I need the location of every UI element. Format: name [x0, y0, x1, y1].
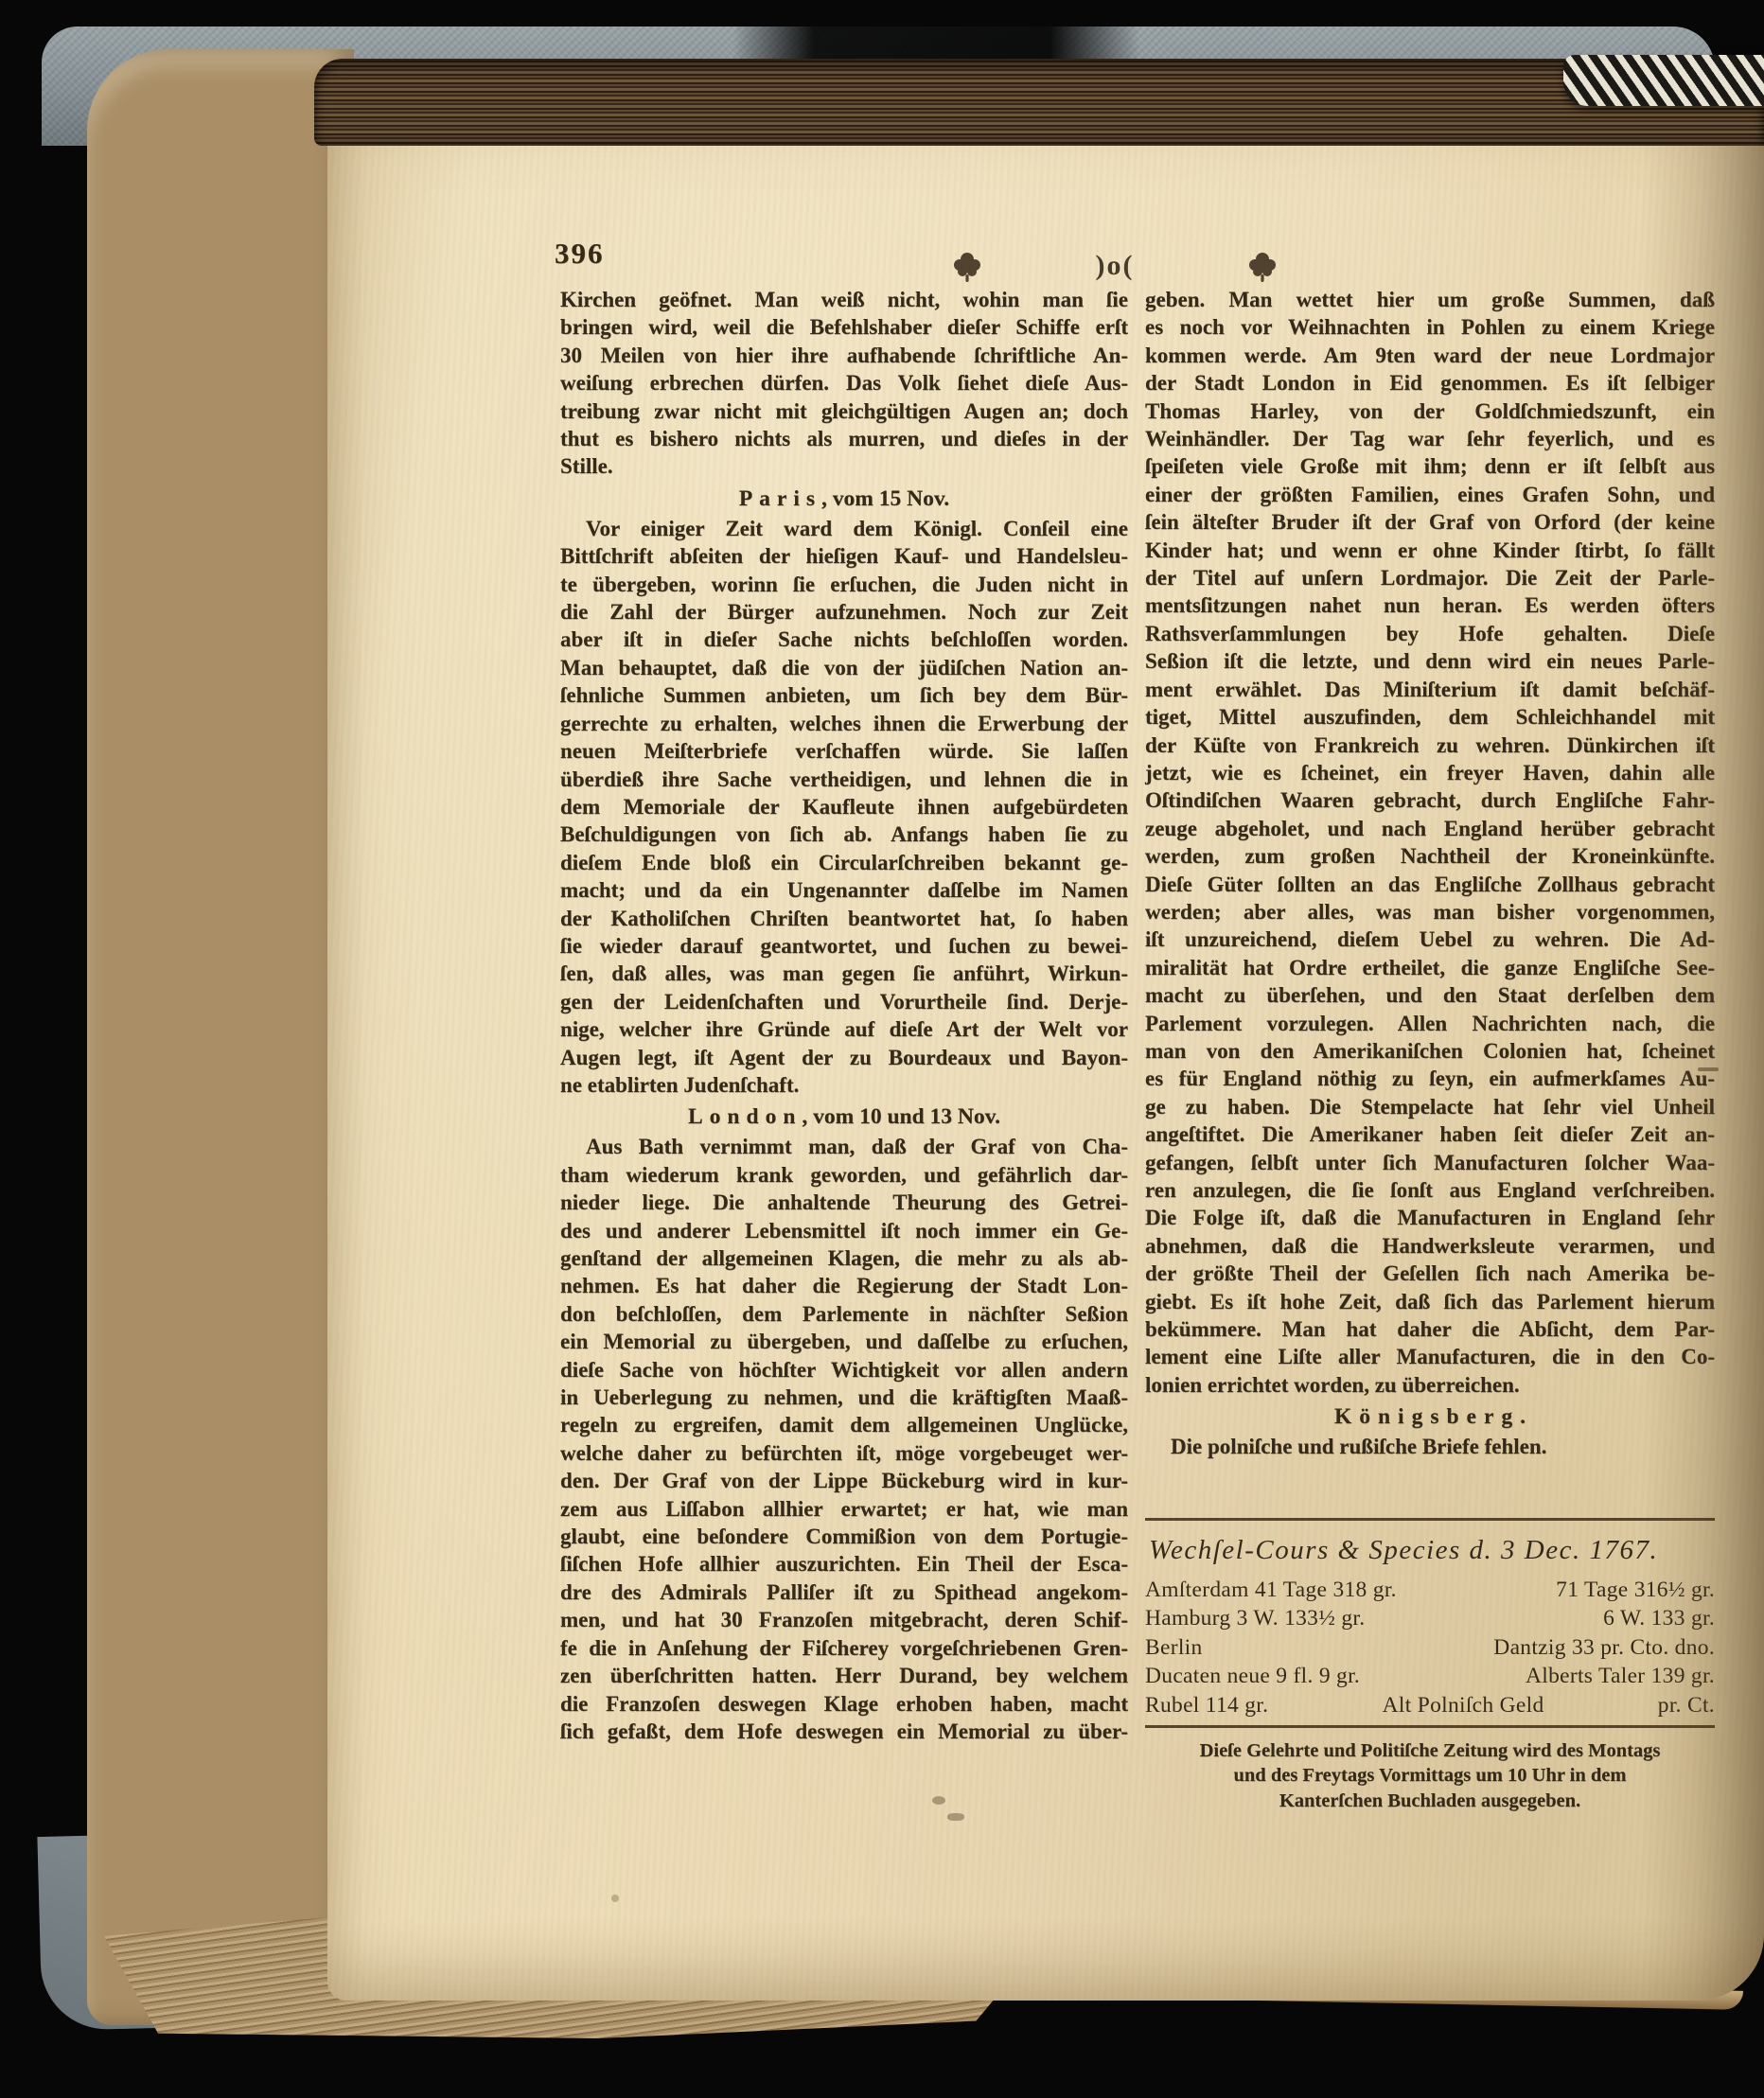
foxing-speck [611, 1895, 619, 1902]
text-line: die Franzoſen deswegen Klage erhoben hab… [560, 1690, 1128, 1718]
text-line: ſein älteſter Bruder iſt der Graf von Or… [1145, 508, 1715, 536]
text-line: Vor einiger Zeit ward dem Königl. Conſei… [560, 515, 1128, 542]
text-line: zen überſchritten hatten. Herr Durand, b… [560, 1662, 1128, 1689]
text-line: einer der größten Familien, eines Grafen… [1145, 481, 1715, 508]
text-line: ſen, daß alles, was man gegen ſie anführ… [560, 960, 1128, 987]
colophon-line: Dieſe Gelehrte und Politiſche Zeitung wi… [1155, 1738, 1704, 1764]
text-line: der Küſte von Frankreich zu wehren. Dünk… [1145, 732, 1715, 759]
colophon: Dieſe Gelehrte und Politiſche Zeitung wi… [1155, 1738, 1704, 1814]
text-line: Oſtindiſchen Waaren gebracht, durch Engl… [1145, 786, 1715, 814]
text-line: überdieß ihre Sache vertheidigen, und le… [560, 766, 1128, 793]
text-line: der Titel auf unſern Lordmajor. Die Zeit… [1145, 564, 1715, 591]
text-line: Dieſe Güter ſollten an das Engliſche Zol… [1145, 871, 1715, 898]
text-line: fe die in Anſehung der Fiſcherey vorgeſc… [560, 1634, 1128, 1662]
exchange-right-value: pr. Ct. [1658, 1691, 1715, 1720]
text-line: neuen Meiſterbriefe verſchaffen würde. S… [560, 737, 1128, 765]
text-line: Man behauptet, daß die von der jüdiſchen… [560, 654, 1128, 681]
text-line: dre des Admirals Palliſer iſt zu Spithea… [560, 1578, 1128, 1606]
text-line: werden, zum großen Nachtheil der Kronein… [1145, 842, 1715, 870]
text-line: jetzt, wie es ſcheinet, ein freyer Haven… [1145, 759, 1715, 786]
text-line: der Katholiſchen Chriſten beantwortet ha… [560, 905, 1128, 932]
text-line: Aus Bath vernimmt man, daß der Graf von … [560, 1133, 1128, 1160]
exchange-table-title: Wechſel-Cours & Species d. 3 Dec. 1767. [1145, 1533, 1715, 1567]
divider-rule-bottom [1145, 1725, 1715, 1728]
text-line: mentsſitzungen nahet nun heran. Es werde… [1145, 591, 1715, 619]
dateline-end: . [1520, 1404, 1526, 1429]
right-column: geben. Man wettet hier um große Summen, … [1145, 286, 1715, 1813]
text-line: dieſe Sache von höchſter Wichtigkeit vor… [560, 1356, 1128, 1384]
text-line: werden; aber alles, was man bisher vorge… [1145, 898, 1715, 926]
text-line: Die polniſche und rußiſche Briefe fehlen… [1145, 1433, 1715, 1460]
text-line: Thomas Harley, von der Goldſchmiedszunft… [1145, 397, 1715, 425]
margin-mark [1698, 1067, 1719, 1071]
text-line: Augen legt, iſt Agent der zu Bourdeaux u… [560, 1044, 1128, 1071]
text-line: don beſchloſſen, dem Parlemente in nächſ… [560, 1300, 1128, 1328]
text-line: thut es bishero nichts als murren, und d… [560, 425, 1128, 452]
exchange-rate-row: Berlin Dantzig 33 pr. Cto. dno. [1145, 1633, 1715, 1663]
text-line: Rathsverſammlungen bey Hofe gehalten. Di… [1145, 620, 1715, 647]
page-number: 396 [555, 237, 605, 271]
text-line: des und anderer Lebensmittel iſt noch im… [560, 1217, 1128, 1244]
exchange-place-value: Ducaten neue 9 fl. 9 gr. [1145, 1662, 1360, 1691]
text-line: lement eine Liſte aller Manufacturen, di… [1145, 1343, 1715, 1370]
text-line: ſpeiſeten viele Große mit ihm; denn er i… [1145, 452, 1715, 480]
left-column: Kirchen geöfnet. Man weiß nicht, wohin m… [560, 286, 1128, 1745]
text-line: Weinhändler. Der Tag war ſehr feyerlich,… [1145, 425, 1715, 452]
dateline-date: , vom 10 und 13 Nov. [802, 1104, 1000, 1129]
text-line: Parlement vorzulegen. Allen Nachrichten … [1145, 1010, 1715, 1037]
text-line: gen der Leidenſchaften und Vorurtheile ſ… [560, 988, 1128, 1015]
text-line: dem Memoriale der Kaufleute ihnen aufgeb… [560, 793, 1128, 820]
page-surface: 396 )o( Kirchen geöfnet. Man weiß nicht,… [327, 104, 1764, 2001]
text-line: abnehmen, daß die Handwerksleute verarme… [1145, 1232, 1715, 1260]
text-line: 30 Meilen von hier ihre aufhabende ſchri… [560, 342, 1128, 369]
text-line: bekümmere. Man hat daher die Abſicht, de… [1145, 1315, 1715, 1343]
text-line: regeln zu ergreifen, damit dem allgemein… [560, 1411, 1128, 1438]
text-line: treibung zwar nicht mit gleichgültigen A… [560, 397, 1128, 425]
text-line: geben. Man wettet hier um große Summen, … [1145, 286, 1715, 313]
exchange-rate-row: Rubel 114 gr. Alt Polniſch Geld pr. Ct. [1145, 1691, 1715, 1720]
book-photograph: { "page_number": "396", "header": { "orn… [0, 0, 1764, 2098]
text-line: Bittſchrift abſeiten der hieſigen Kauf- … [560, 542, 1128, 570]
text-line: aber iſt in dieſer Sache nichts beſchloſ… [560, 626, 1128, 653]
exchange-mid-value: Alt Polniſch Geld [1383, 1691, 1544, 1720]
exchange-place-value: Amſterdam 41 Tage 318 gr. [1145, 1576, 1397, 1605]
printer-ornament-left-icon [948, 246, 986, 286]
exchange-place-value: Hamburg 3 W. 133½ gr. [1145, 1604, 1365, 1633]
text-line: ne etablirten Judenſchaft. [560, 1071, 1128, 1099]
text-line: Kinder hat; und wenn er ohne Kinder ſtir… [1145, 537, 1715, 564]
foxing-speck [932, 1796, 945, 1805]
page-stack-fore-edge [87, 49, 354, 2025]
text-line: iſt unzureichend, dieſem Uebel zu wehren… [1145, 926, 1715, 953]
text-line: gerrechte zu erhalten, welches ihnen die… [560, 710, 1128, 737]
text-line: kommen werde. Am 9ten ward der neue Lord… [1145, 342, 1715, 369]
koenigsberg-section: Die polniſche und rußiſche Briefe fehlen… [1145, 1433, 1715, 1460]
london-continuation: geben. Man wettet hier um große Summen, … [1145, 286, 1715, 1399]
text-line: nehmen. Es hat daher die Regierung der S… [560, 1272, 1128, 1299]
text-line: nieder liege. Die anhaltende Theurung de… [560, 1189, 1128, 1216]
dateline-date: , vom 15 Nov. [821, 486, 949, 511]
exchange-table-rows: Amſterdam 41 Tage 318 gr. 71 Tage 316½ g… [1145, 1576, 1715, 1720]
text-line: lonien errichtet worden, zu überreichen. [1145, 1371, 1715, 1399]
text-line: bringen wird, weil die Befehlshaber dieſ… [560, 313, 1128, 341]
text-line: ment erwählet. Das Miniſterium iſt damit… [1145, 676, 1715, 703]
dateline-city: Königsberg [1334, 1404, 1520, 1429]
paris-dateline-heading: Paris, vom 15 Nov. [560, 485, 1128, 513]
exchange-right-value: 6 W. 133 gr. [1603, 1604, 1715, 1633]
text-line: tiget, Mittel auszufinden, dem Schleichh… [1145, 703, 1715, 731]
running-head: )o( [948, 244, 1281, 288]
london-dateline-heading: London, vom 10 und 13 Nov. [560, 1102, 1128, 1131]
text-line: Die Folge iſt, daß die Manufacturen in E… [1145, 1204, 1715, 1231]
text-line: gefangen, ſelbſt unter ſich Manufacturen… [1145, 1149, 1715, 1176]
exchange-place-value: Berlin [1145, 1633, 1203, 1663]
exchange-rates-table: Wechſel-Cours & Species d. 3 Dec. 1767. … [1145, 1533, 1715, 1720]
exchange-rate-row: Hamburg 3 W. 133½ gr. 6 W. 133 gr. [1145, 1604, 1715, 1633]
text-line: ſich gefaßt, dem Hofe deswegen ein Memor… [560, 1718, 1128, 1745]
exchange-right-value: Alberts Taler 139 gr. [1526, 1662, 1715, 1691]
text-line: miralität hat Ordre ertheilet, die ganze… [1145, 954, 1715, 981]
text-line: Kirchen geöfnet. Man weiß nicht, wohin m… [560, 286, 1128, 313]
text-line: Stille. [560, 452, 1128, 480]
text-line: men, und hat 30 Franzoſen mitgebracht, d… [560, 1606, 1128, 1633]
header-separator: )o( [1096, 250, 1135, 282]
text-line: man von den Amerikaniſchen Colonien hat,… [1145, 1037, 1715, 1065]
exchange-right-value: Dantzig 33 pr. Cto. dno. [1493, 1633, 1715, 1663]
exchange-rate-row: Amſterdam 41 Tage 318 gr. 71 Tage 316½ g… [1145, 1576, 1715, 1605]
text-line: es für England nöthig zu ſeyn, ein aufme… [1145, 1065, 1715, 1092]
book-block-top-edge [314, 59, 1764, 146]
opening-paragraph: Kirchen geöfnet. Man weiß nicht, wohin m… [560, 286, 1128, 481]
london-section: Aus Bath vernimmt man, daß der Graf von … [560, 1133, 1128, 1745]
text-line: Beſchuldigungen von ſich ab. Anfangs hab… [560, 820, 1128, 848]
text-line: giebt. Es iſt hohe Zeit, daß ſich das Pa… [1145, 1288, 1715, 1315]
foxing-speck [947, 1813, 964, 1821]
text-line: zeuge abgeholet, und nach England herübe… [1145, 815, 1715, 842]
text-line: welche daher zu befürchten iſt, möge vor… [560, 1439, 1128, 1467]
dateline-city: London [688, 1104, 802, 1129]
text-line: macht zu überſehen, und den Staat derſel… [1145, 981, 1715, 1009]
sewn-headband [1563, 55, 1764, 106]
text-line: die Zahl der Bürger aufzunehmen. Noch zu… [560, 598, 1128, 626]
text-line: ren anzulegen, die ſie ſonſt aus England… [1145, 1176, 1715, 1204]
divider-rule-top [1145, 1518, 1715, 1521]
text-line: Seßion iſt die letzte, und denn wird ein… [1145, 647, 1715, 675]
colophon-line: Kanterſchen Buchladen ausgegeben. [1155, 1789, 1704, 1814]
dateline-city: Paris [739, 486, 821, 511]
text-line: angeſtiftet. Die Amerikaner haben ſeit d… [1145, 1120, 1715, 1148]
text-line: glaubt, eine beſondere Commißion von dem… [560, 1523, 1128, 1550]
colophon-line: und des Freytags Vormittags um 10 Uhr in… [1155, 1763, 1704, 1789]
text-line: es noch vor Weihnachten in Pohlen zu ein… [1145, 313, 1715, 341]
text-line: dieſem Ende bloß ein Circularſchreiben b… [560, 849, 1128, 876]
text-line: ſie wieder darauf geantwortet, und ſuche… [560, 932, 1128, 960]
printer-ornament-right-icon [1244, 246, 1281, 286]
text-line: ein Memorial zu übergeben, und daſſelbe … [560, 1328, 1128, 1355]
text-line: ſehnliche Summen anbieten, um ſich bey d… [560, 681, 1128, 709]
text-line: macht; und da ein Ungenannter daſſelbe i… [560, 876, 1128, 904]
koenigsberg-dateline-heading: Königsberg. [1145, 1402, 1715, 1431]
text-line: zem aus Liſſabon allhier erwartet; er ha… [560, 1495, 1128, 1523]
exchange-rate-row: Ducaten neue 9 fl. 9 gr. Alberts Taler 1… [1145, 1662, 1715, 1691]
exchange-place-value: Rubel 114 gr. [1145, 1691, 1268, 1720]
paris-section: Vor einiger Zeit ward dem Königl. Conſei… [560, 515, 1128, 1100]
text-line: te übergeben, worinn ſie erſuchen, die J… [560, 571, 1128, 598]
text-line: weiſung erbrechen dürfen. Das Volk ſiehe… [560, 369, 1128, 397]
text-line: genſtand der allgemeinen Klagen, die meh… [560, 1244, 1128, 1272]
text-line: ge zu haben. Die Stempelacte hat ſehr vi… [1145, 1093, 1715, 1120]
text-line: den. Der Graf von der Lippe Bückeburg wi… [560, 1467, 1128, 1494]
text-line: nige, welcher ihre Gründe auf dieſe Art … [560, 1015, 1128, 1043]
text-line: tham wiederum krank geworden, und gefähr… [560, 1161, 1128, 1189]
text-line: der Stadt London in Eid genommen. Es iſt… [1145, 369, 1715, 397]
exchange-right-value: 71 Tage 316½ gr. [1556, 1576, 1715, 1605]
text-line: ſiſchen Hofe allhier auszurichten. Ein T… [560, 1550, 1128, 1578]
text-line: der größte Theil der Geſellen ſich nach … [1145, 1260, 1715, 1287]
text-line: in Ueberlegung zu nehmen, und die kräfti… [560, 1384, 1128, 1411]
